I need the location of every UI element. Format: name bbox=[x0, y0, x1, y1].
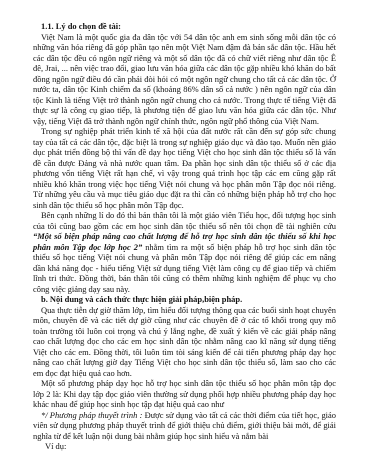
paragraph-methods: Một số phương pháp dạy học hỗ trợ học si… bbox=[33, 378, 336, 410]
paragraph-reason: Bên cạnh những lí do đó thì bản thân tôi… bbox=[33, 210, 336, 294]
method1-name: */ Phương pháp thuyết trình : bbox=[41, 410, 142, 420]
paragraph-reason-lead: Bên cạnh những lí do đó thì bản thân tôi… bbox=[33, 210, 336, 231]
example-label: Ví dụ: bbox=[33, 441, 336, 452]
document-page: 1.1. Lý do chọn đề tài: Việt Nam là một … bbox=[0, 0, 366, 473]
subsection-heading: b. Nội dung và cách thức thực hiện giải … bbox=[33, 294, 336, 305]
paragraph-practice: Qua thực tiễn dự giờ thăm lớp, tìm hiểu … bbox=[33, 305, 336, 379]
paragraph-education: Trong sự nghiệp phát triển kinh tế xã hộ… bbox=[33, 126, 336, 210]
paragraph-method1: */ Phương pháp thuyết trình : Được sử dụ… bbox=[33, 410, 336, 442]
paragraph-intro: Việt Nam là một quốc gia đa dân tộc với … bbox=[33, 32, 336, 127]
section-heading: 1.1. Lý do chọn đề tài: bbox=[33, 21, 336, 32]
